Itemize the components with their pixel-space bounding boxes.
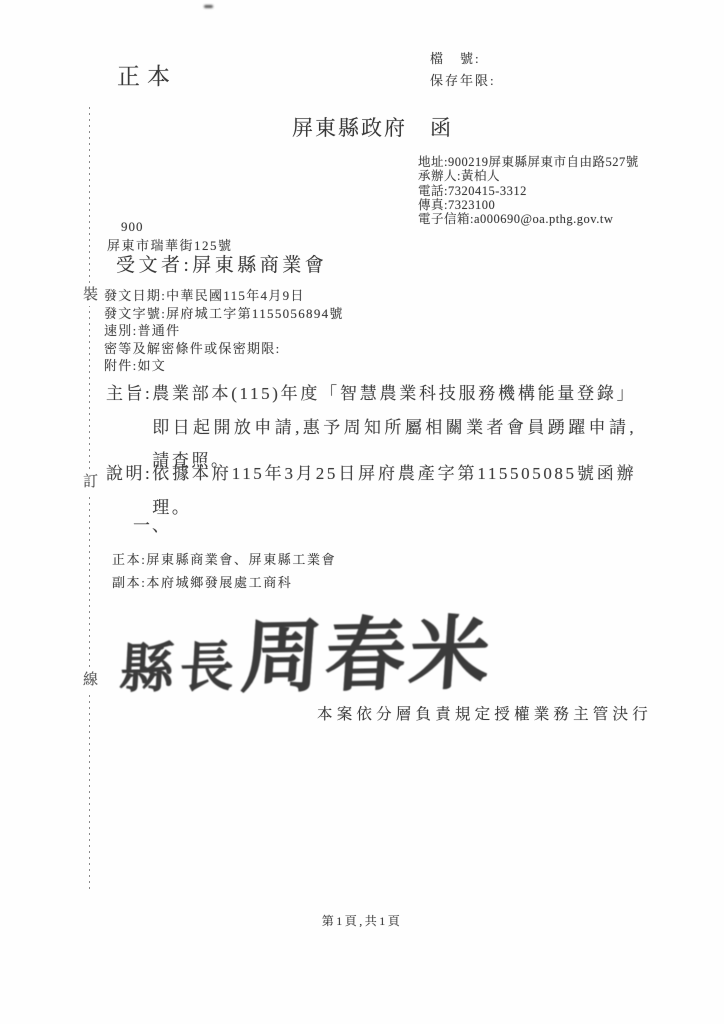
sender-contact-person: 承辦人:黃柏人: [418, 169, 639, 183]
binding-dotted-line: [89, 107, 90, 889]
sender-contact-block: 地址:900219屏東縣屏東市自由路527號 承辦人:黃柏人 電話:732041…: [418, 155, 639, 226]
distribution-original: 正本:屏東縣商業會、屏東縣工業會: [112, 549, 336, 572]
signature-name: 周春米: [238, 589, 498, 709]
sender-email: 電子信箱:a000690@oa.pthg.gov.tw: [418, 212, 639, 226]
retention-period-label: 保存年限:: [430, 70, 496, 92]
copy-type-stamp: 正本: [117, 58, 177, 91]
delivery-speed: 速別:普通件: [104, 322, 344, 340]
recipient-postal-code: 900: [121, 219, 144, 235]
attachment-note: 附件:如文: [104, 357, 344, 375]
binding-char-ding: 訂: [82, 472, 99, 493]
sender-address: 地址:900219屏東縣屏東市自由路527號: [418, 155, 639, 169]
document-meta-block: 發文日期:中華民國115年4月9日 發文字號:屏府城工字第1155056894號…: [104, 287, 344, 375]
distribution-copy: 副本:本府城鄉發展處工商科: [112, 572, 336, 595]
recipient-name: 受文者:屏東縣商業會: [116, 250, 327, 277]
distribution-block: 正本:屏東縣商業會、屏東縣工業會 副本:本府城鄉發展處工商科: [112, 549, 336, 594]
explanation-text: 依據本府115年3月25日屏府農產字第115505085號函辦理。: [152, 457, 636, 524]
document-title: 屏東縣政府 函: [292, 112, 453, 142]
explanation-paragraph: 說明: 依據本府115年3月25日屏府農產字第115505085號函辦理。: [106, 457, 636, 524]
list-item-marker: 一、: [133, 511, 171, 536]
scan-artifact: [204, 5, 213, 8]
scanned-official-letter: 正本 檔 號: 保存年限: 屏東縣政府 函 地址:900219屏東縣屏東市自由路…: [0, 0, 724, 1024]
sender-fax: 傳真:7323100: [418, 198, 639, 212]
binding-char-zhuang: 裝: [82, 285, 99, 306]
binding-char-xian: 線: [82, 670, 99, 691]
delegation-note: 本案依分層負責規定授權業務主管決行: [317, 702, 652, 724]
file-number-label: 檔 號:: [430, 48, 496, 70]
page-number: 第1頁,共1頁: [0, 912, 724, 929]
signature-title: 縣長: [118, 624, 242, 703]
issue-date: 發文日期:中華民國115年4月9日: [104, 287, 344, 305]
subject-label: 主旨:: [106, 377, 152, 411]
sender-phone: 電話:7320415-3312: [418, 184, 639, 198]
document-number: 發文字號:屏府城工字第1155056894號: [104, 305, 344, 323]
file-info-block: 檔 號: 保存年限:: [430, 48, 496, 92]
explanation-label: 說明:: [106, 457, 152, 491]
magistrate-signature: 縣長 周春米: [119, 589, 495, 711]
security-classification: 密等及解密條件或保密期限:: [104, 340, 344, 358]
